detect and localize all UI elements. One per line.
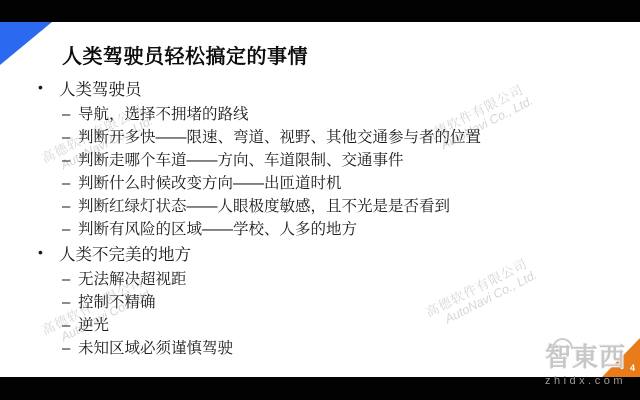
bullet-marker: • bbox=[38, 240, 43, 264]
bullet-section: • 人类不完美的地方 – 无法解决超视距 – bbox=[0, 243, 640, 360]
blue-corner-triangle bbox=[0, 22, 52, 65]
dash-marker: – bbox=[62, 149, 70, 172]
bullet-section: • 人类驾驶员 – 导航，选择不拥堵的路线 – bbox=[0, 78, 640, 241]
dash-marker: – bbox=[62, 195, 70, 218]
list-item-label: 无法解决超视距 bbox=[78, 271, 187, 288]
list-item-level1: • 人类不完美的地方 bbox=[0, 243, 640, 268]
list-item-label: 导航，选择不拥堵的路线 bbox=[78, 106, 249, 123]
list-item-level2: – 判断有风险的区域——学校、人多的地方 bbox=[0, 218, 640, 241]
letterbox-top-bar bbox=[0, 0, 640, 22]
dash-marker: – bbox=[62, 268, 70, 291]
slide-title: 人类驾驶员轻松搞定的事情 bbox=[62, 46, 308, 68]
list-item-level2: – 判断红绿灯状态——人眼极度敏感，且不光是是否看到 bbox=[0, 195, 640, 218]
sub-item-group: – 无法解决超视距 – 控制不精确 – 逆光 bbox=[0, 268, 640, 360]
list-item-label: 逆光 bbox=[78, 317, 109, 334]
list-item-level2: – 判断开多快——限速、弯道、视野、其他交通参与者的位置 bbox=[0, 126, 640, 149]
dash-marker: – bbox=[62, 314, 70, 337]
list-item-label: 判断什么时候改变方向——出匝道时机 bbox=[78, 175, 342, 192]
dash-marker: – bbox=[62, 172, 70, 195]
page-number: 4 bbox=[630, 363, 635, 373]
list-item-level2: – 控制不精确 bbox=[0, 291, 640, 314]
list-item-label: 判断有风险的区域——学校、人多的地方 bbox=[78, 221, 357, 238]
dash-marker: – bbox=[62, 218, 70, 241]
list-item-label: 未知区域必须谨慎驾驶 bbox=[78, 340, 233, 357]
bullet-marker: • bbox=[38, 75, 43, 99]
list-item-label: 控制不精确 bbox=[78, 294, 156, 311]
bullet-list: • 人类驾驶员 – 导航，选择不拥堵的路线 – bbox=[0, 78, 640, 360]
list-item-label: 判断走哪个车道——方向、车道限制、交通事件 bbox=[78, 152, 404, 169]
list-item-label: 人类驾驶员 bbox=[59, 81, 142, 99]
slide-canvas: 人类驾驶员轻松搞定的事情 高德软件有限公司 AutoNavi Co., Ltd.… bbox=[0, 22, 640, 377]
dash-marker: – bbox=[62, 291, 70, 314]
slide-viewer: 人类驾驶员轻松搞定的事情 高德软件有限公司 AutoNavi Co., Ltd.… bbox=[0, 0, 640, 400]
list-item-level2: – 导航，选择不拥堵的路线 bbox=[0, 103, 640, 126]
dash-marker: – bbox=[62, 126, 70, 149]
list-item-label: 判断红绿灯状态——人眼极度敏感，且不光是是否看到 bbox=[78, 198, 450, 215]
list-item-level2: – 判断什么时候改变方向——出匝道时机 bbox=[0, 172, 640, 195]
sub-item-group: – 导航，选择不拥堵的路线 – 判断开多快——限速、弯道、视野、其他交通参与者的… bbox=[0, 103, 640, 241]
list-item-level2: – 逆光 bbox=[0, 314, 640, 337]
letterbox-bottom-bar bbox=[0, 377, 640, 400]
dash-marker: – bbox=[62, 337, 70, 360]
dash-marker: – bbox=[62, 103, 70, 126]
list-item-label: 人类不完美的地方 bbox=[59, 246, 191, 264]
list-item-level1: • 人类驾驶员 bbox=[0, 78, 640, 103]
list-item-label: 判断开多快——限速、弯道、视野、其他交通参与者的位置 bbox=[78, 129, 481, 146]
list-item-level2: – 未知区域必须谨慎驾驶 bbox=[0, 337, 640, 360]
list-item-level2: – 判断走哪个车道——方向、车道限制、交通事件 bbox=[0, 149, 640, 172]
list-item-level2: – 无法解决超视距 bbox=[0, 268, 640, 291]
